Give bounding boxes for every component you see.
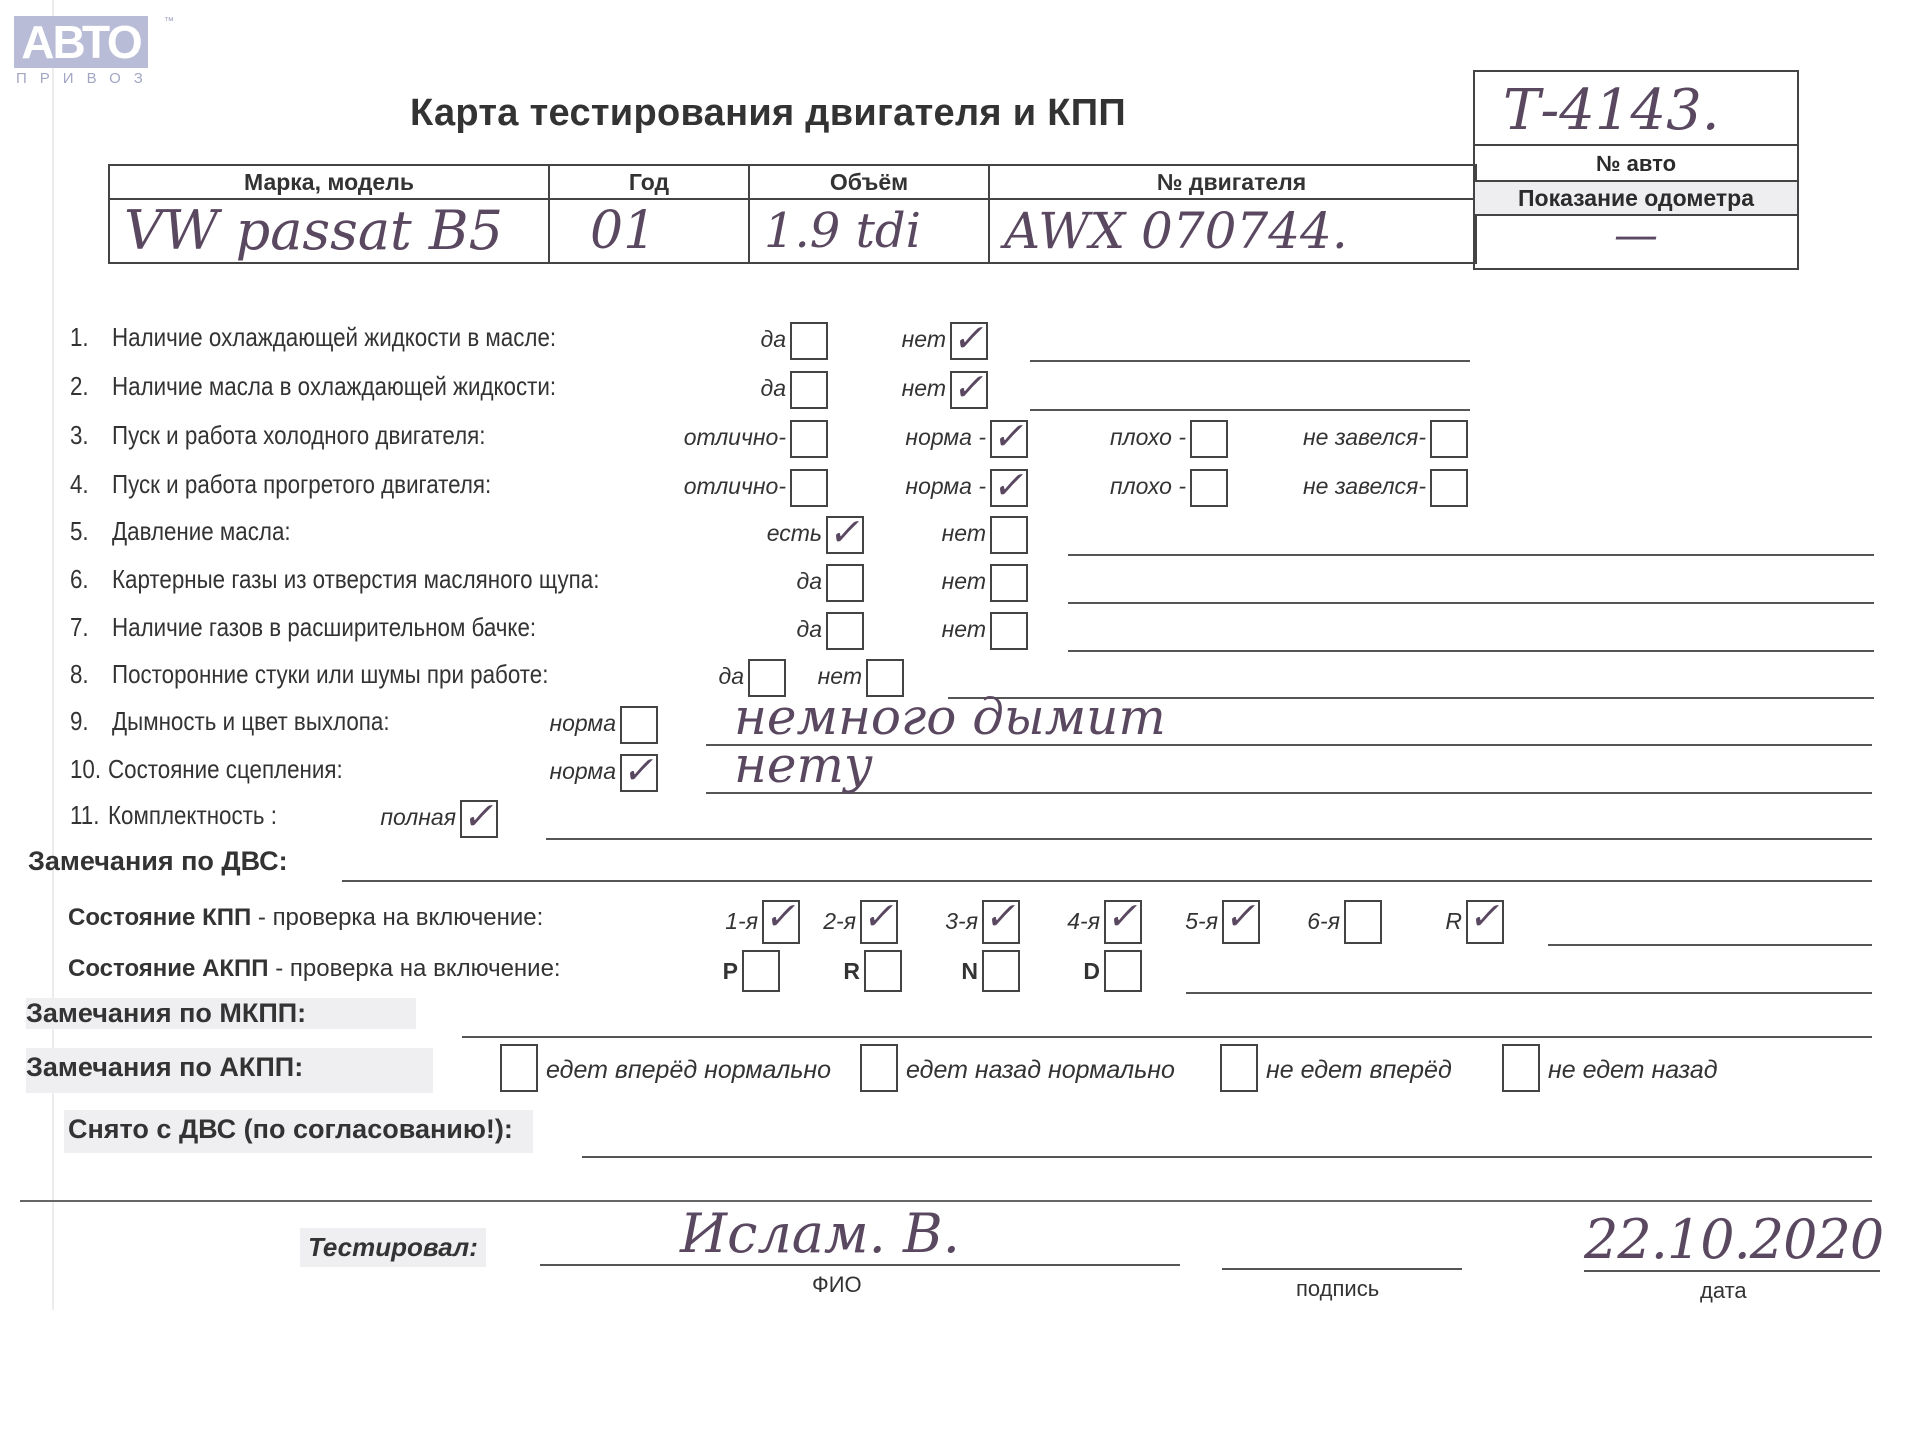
date-line [1584,1270,1880,1272]
option-label: норма - [905,473,986,500]
tester-name-caption: ФИО [812,1272,862,1298]
note-text: нету [734,736,873,794]
option-label: есть [767,520,822,547]
mode-checkbox[interactable] [982,950,1020,992]
question-text: Пуск и работа прогретого двигателя: [112,469,491,500]
option-label: нет [942,568,986,595]
auto-remark-checkbox[interactable] [1502,1044,1540,1092]
option-label: отлично- [684,424,786,451]
remarks-manual-label: Замечания по МКПП: [26,998,416,1029]
auto-remark-checkbox[interactable] [500,1044,538,1092]
removed-from-engine-label: Снято с ДВС (по согласованию!): [64,1110,533,1153]
question-number: 8. [70,659,89,690]
note-field[interactable] [1068,602,1874,604]
make-model-field[interactable]: VW passat B5 [110,200,548,262]
question-text: Комплектность : [108,800,277,831]
mode-checkbox[interactable] [742,950,780,992]
note-field[interactable] [1030,409,1470,411]
odometer-field[interactable]: — [1475,216,1797,270]
gear-label: 1-я [725,908,758,935]
question-number: 3. [70,420,89,451]
gear-label: 3-я [945,908,978,935]
option-label: да [796,568,822,595]
question-text: Дымность и цвет выхлопа: [112,706,390,737]
gear-checkbox[interactable] [1104,900,1142,944]
checkbox[interactable] [826,564,864,602]
question-number: 5. [70,516,89,547]
date-field[interactable]: 22.10.2020 [1584,1208,1883,1271]
checkbox[interactable] [790,371,828,409]
engine-number-field[interactable]: AWX 070744. [990,200,1473,262]
gear-checkbox[interactable] [1344,900,1382,944]
volume-field[interactable]: 1.9 tdi [750,200,988,262]
question-number: 9. [70,706,89,737]
question-number: 1. [70,322,89,353]
checkbox[interactable] [990,516,1028,554]
option-label: не завелся- [1303,473,1426,500]
mode-label: P [723,958,738,985]
vehicle-info-table: Марка, модель VW passat B5 Год 01 Объём … [108,164,1477,264]
checkbox[interactable] [826,612,864,650]
tester-name-line [540,1264,1180,1266]
remarks-manual-field[interactable] [462,1036,1872,1038]
auto-number-box: Т-4143. № авто Показание одометра — [1473,70,1799,270]
note-field[interactable] [1068,554,1874,556]
mode-label: N [961,958,978,985]
gear-checkbox[interactable] [1222,900,1260,944]
question-number: 10. [70,754,101,785]
checkbox[interactable] [1430,469,1468,507]
option-label: да [718,663,744,690]
option-label: не завелся- [1303,424,1426,451]
option-label: норма [549,758,616,785]
checkbox[interactable] [950,371,988,409]
checkbox[interactable] [950,322,988,360]
checkbox[interactable] [990,564,1028,602]
auto-remark-checkbox[interactable] [860,1044,898,1092]
mode-checkbox[interactable] [1104,950,1142,992]
date-caption: дата [1700,1278,1747,1304]
checkbox[interactable] [620,754,658,792]
option-label: да [760,326,786,353]
option-label: норма [549,710,616,737]
mode-label: R [843,958,860,985]
question-number: 6. [70,564,89,595]
auto-remark-label: не едет назад [1548,1056,1718,1085]
note-field[interactable] [706,792,1872,794]
question-text: Наличие масла в охлаждающей жидкости: [112,371,556,402]
auto-gearbox-note-field[interactable] [1186,992,1872,994]
auto-number-label: № авто [1475,146,1797,182]
signature-field[interactable] [1222,1268,1462,1270]
remarks-engine-field[interactable] [342,880,1872,882]
auto-remark-label: едет вперёд нормально [546,1056,831,1085]
auto-remark-label: не едет вперёд [1266,1056,1452,1085]
option-label: норма - [905,424,986,451]
question-number: 2. [70,371,89,402]
gear-label: 4-я [1067,908,1100,935]
note-field[interactable] [1030,360,1470,362]
manual-gearbox-label: Состояние КПП - проверка на включение: [68,904,543,932]
column-label: Год [550,166,748,200]
column-year: Год 01 [550,166,750,262]
auto-remark-checkbox[interactable] [1220,1044,1258,1092]
auto-gearbox-label-bold: Состояние АКПП [68,955,269,982]
question-text: Состояние сцепления: [108,754,343,785]
question-text: Наличие охлаждающей жидкости в масле: [112,322,556,353]
gear-label: 2-я [823,908,856,935]
signature-caption: подпись [1296,1276,1379,1302]
manual-gearbox-label-bold: Состояние КПП [68,904,251,931]
option-label: да [760,375,786,402]
gear-checkbox[interactable] [982,900,1020,944]
logo-mark: АВТО [14,16,148,68]
checkbox[interactable] [990,420,1028,458]
auto-gearbox-label: Состояние АКПП - проверка на включение: [68,955,561,983]
checkbox[interactable] [790,420,828,458]
gear-label: 6-я [1307,908,1340,935]
checkbox[interactable] [1190,420,1228,458]
question-text: Посторонние стуки или шумы при работе: [112,659,548,690]
checkbox[interactable] [1430,420,1468,458]
page-title: Карта тестирования двигателя и КПП [410,92,1126,135]
mode-checkbox[interactable] [864,950,902,992]
question-text: Наличие газов в расширительном бачке: [112,612,536,643]
removed-from-engine-field[interactable] [582,1156,1872,1158]
auto-remark-label: едет назад нормально [906,1056,1175,1085]
option-label: нет [902,326,946,353]
logo-subtitle: ПРИВОЗ [14,70,156,87]
column-engine-number: № двигателя AWX 070744. [990,166,1473,262]
column-label: Объём [750,166,988,200]
checkbox[interactable] [990,612,1028,650]
page-margin-line [52,0,54,1310]
option-label: нет [942,616,986,643]
column-make-model: Марка, модель VW passat B5 [110,166,550,262]
gear-checkbox[interactable] [762,900,800,944]
question-number: 7. [70,612,89,643]
checkbox[interactable] [826,516,864,554]
option-label: нет [818,663,862,690]
option-label: плохо - [1110,473,1186,500]
mode-label: D [1083,958,1100,985]
remarks-engine-label: Замечания по ДВС: [28,846,288,877]
gear-checkbox[interactable] [1466,900,1504,944]
option-label: нет [942,520,986,547]
question-number: 4. [70,469,89,500]
question-text: Давление масла: [112,516,291,547]
gear-label: 5-я [1185,908,1218,935]
checkbox[interactable] [790,322,828,360]
question-number: 11. [70,800,99,831]
checkbox[interactable] [1190,469,1228,507]
logo: АВТО ™ ПРИВОЗ [14,16,156,87]
note-field[interactable] [546,838,1872,840]
manual-gearbox-note-field[interactable] [1548,944,1872,946]
option-label: да [796,616,822,643]
checkbox[interactable] [460,800,498,838]
tester-name-field[interactable]: Ислам. В. [680,1202,960,1265]
manual-gearbox-label-rest: - проверка на включение: [251,904,543,931]
option-label: полная [380,804,456,831]
year-field[interactable]: 01 [550,200,748,262]
column-label: № двигателя [990,166,1473,200]
option-label: отлично- [684,473,786,500]
question-text: Картерные газы из отверстия масляного щу… [112,564,599,595]
checkbox[interactable] [790,469,828,507]
auto-gearbox-label-rest: - проверка на включение: [269,955,561,982]
gear-checkbox[interactable] [860,900,898,944]
remarks-auto-label: Замечания по АКПП: [26,1048,433,1093]
option-label: нет [902,375,946,402]
gear-label: R [1445,908,1462,935]
checkbox[interactable] [620,706,658,744]
checkbox[interactable] [990,469,1028,507]
column-volume: Объём 1.9 tdi [750,166,990,262]
tested-by-label: Тестировал: [300,1228,486,1267]
logo-trademark: ™ [164,16,174,27]
option-label: плохо - [1110,424,1186,451]
question-text: Пуск и работа холодного двигателя: [112,420,485,451]
column-label: Марка, модель [110,166,548,200]
auto-number-field[interactable]: Т-4143. [1475,72,1797,146]
note-field[interactable] [1068,650,1874,652]
